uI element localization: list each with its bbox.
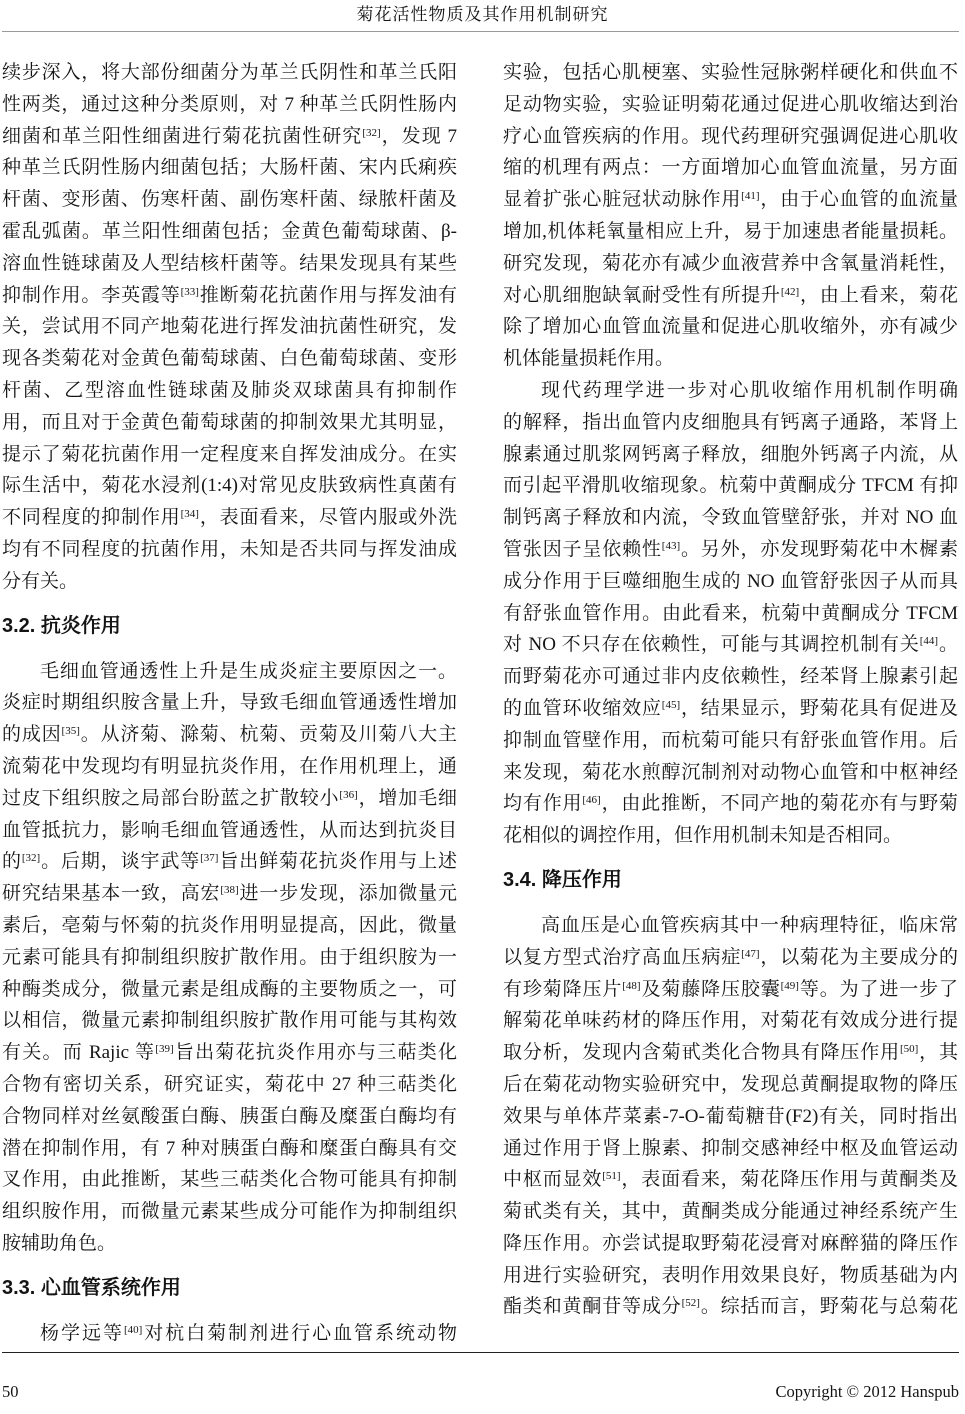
text-line: 实验，包括心肌梗塞、实验性冠脉粥样硬化和供血不 bbox=[503, 57, 958, 89]
text-line: 素后，亳菊与怀菊的抗炎作用明显提高，因此，微量 bbox=[2, 910, 457, 942]
text-line: 杆菌、变形菌、伤寒杆菌、副伤寒杆菌、绿脓杆菌及 bbox=[2, 184, 457, 216]
copyright-text: Copyright © 2012 Hanspub bbox=[776, 1380, 960, 1404]
page-number: 50 bbox=[2, 1380, 19, 1404]
citation-ref: [44] bbox=[920, 635, 938, 647]
citation-ref: [37] bbox=[200, 852, 218, 864]
citation-ref: [38] bbox=[220, 884, 238, 896]
text-line: 管张因子呈依赖性[43]。另外，亦发现野菊花中木樨素 bbox=[503, 534, 958, 566]
text-line: 际生活中，菊花水浸剂(1:4)对常见皮肤致病性真菌有 bbox=[2, 470, 457, 502]
section-heading: 3.2. 抗炎作用 bbox=[2, 612, 457, 640]
text-line: 续步深入，将大部份细菌分为革兰氏阴性和革兰氏阳 bbox=[2, 57, 457, 89]
text-line: 组织胺作用，而微量元素某些成分可能作为抑制组织 bbox=[2, 1196, 457, 1228]
text-line: 有舒张血管作用。由此看来，杭菊中黄酮成分 TFCM bbox=[503, 598, 958, 630]
text-line: 以复方型式治疗高血压病症[47]，以菊花为主要成分的 bbox=[503, 942, 958, 974]
text-line: 腺素通过肌浆网钙离子释放，细胞外钙离子内流，从 bbox=[503, 439, 958, 471]
text-line: 花相似的调控作用，但作用机制未知是否相同。 bbox=[503, 820, 958, 852]
paragraph: 实验，包括心肌梗塞、实验性冠脉粥样硬化和供血不足动物实验，实验证明菊花通过促进心… bbox=[503, 57, 958, 375]
text-line: 炎症时期组织胺含量上升，导致毛细血管通透性增加 bbox=[2, 687, 457, 719]
text-line: 成分作用于巨噬细胞生成的 NO 血管舒张因子从而具 bbox=[503, 566, 958, 598]
citation-ref: [32] bbox=[22, 852, 40, 864]
paragraph: 高血压是心血管疾病其中一种病理特征，临床常以复方型式治疗高血压病症[47]，以菊… bbox=[503, 910, 958, 1323]
citation-ref: [46] bbox=[582, 794, 600, 806]
text-line: 过皮下组织胺之局部台盼蓝之扩散较小[36]，增加毛细 bbox=[2, 783, 457, 815]
citation-ref: [47] bbox=[741, 948, 759, 960]
text-line: 提示了菊花抗菌作用一定程度来自挥发油成分。在实 bbox=[2, 439, 457, 471]
right-column: 实验，包括心肌梗塞、实验性冠脉粥样硬化和供血不足动物实验，实验证明菊花通过促进心… bbox=[503, 57, 958, 1349]
citation-ref: [33] bbox=[181, 286, 199, 298]
text-line: 研究发现，菊花亦有减少血液营养中含氧量消耗性， bbox=[503, 248, 958, 280]
text-line: 叉作用，由此推断，某些三萜类化合物可能具有抑制 bbox=[2, 1164, 457, 1196]
left-column: 续步深入，将大部份细菌分为革兰氏阴性和革兰氏阳性两类，通过这种分类原则，对 7 … bbox=[2, 57, 457, 1349]
text-line: 增加,机体耗氧量相应上升，易于加速患者能量损耗。 bbox=[503, 216, 958, 248]
citation-ref: [35] bbox=[62, 725, 80, 737]
two-column-body: 续步深入，将大部份细菌分为革兰氏阴性和革兰氏阳性两类，通过这种分类原则，对 7 … bbox=[2, 57, 959, 1349]
citation-ref: [45] bbox=[662, 699, 680, 711]
text-line: 的成因[35]。从济菊、滁菊、杭菊、贡菊及川菊八大主 bbox=[2, 719, 457, 751]
text-line: 显着扩张心脏冠状动脉作用[41]，由于心血管的血流量 bbox=[503, 184, 958, 216]
text-line: 分有关。 bbox=[2, 566, 457, 598]
citation-ref: [50] bbox=[900, 1043, 918, 1055]
paragraph: 毛细血管通透性上升是生成炎症主要原因之一。炎症时期组织胺含量上升，导致毛细血管通… bbox=[2, 656, 457, 1260]
page-title: 菊花活性物质及其作用机制研究 bbox=[0, 2, 965, 28]
text-line: 效果与单体芹菜素-7-O-葡萄糖苷(F2)有关，同时指出 bbox=[503, 1101, 958, 1133]
text-line: 除了增加心血管血流量和促进心肌收缩外，亦有减少 bbox=[503, 311, 958, 343]
paragraph: 现代药理学进一步对心肌收缩作用机制作明确的解释，指出血管内皮细胞具有钙离子通路，… bbox=[503, 375, 958, 852]
text-line: 关，尝试用不同产地菊花进行挥发油抗菌性研究，发 bbox=[2, 311, 457, 343]
section-heading: 3.4. 降压作用 bbox=[503, 866, 958, 894]
text-line: 足动物实验，实验证明菊花通过促进心肌收缩达到治 bbox=[503, 89, 958, 121]
text-line: 取分析，发现内含菊甙类化合物具有降压作用[50]，其 bbox=[503, 1037, 958, 1069]
page-footer: 50 Copyright © 2012 Hanspub bbox=[2, 1380, 959, 1404]
text-line: 潜在抑制作用，有 7 种对胰蛋白酶和糜蛋白酶具有交 bbox=[2, 1133, 457, 1165]
text-line: 溶血性链球菌及人型结核杆菌等。结果发现具有某些 bbox=[2, 248, 457, 280]
citation-ref: [51] bbox=[602, 1170, 620, 1182]
text-line: 以相信，微量元素抑制组织胺扩散作用可能与其构效 bbox=[2, 1005, 457, 1037]
citation-ref: [42] bbox=[781, 286, 799, 298]
citation-ref: [39] bbox=[155, 1043, 173, 1055]
text-line: 不同程度的抑制作用[34]，表面看来，尽管内服或外洗 bbox=[2, 502, 457, 534]
text-line: 用，而且对于金黄色葡萄球菌的抑制效果尤其明显， bbox=[2, 407, 457, 439]
text-line: 通过作用于肾上腺素、抑制交感神经中枢及血管运动 bbox=[503, 1133, 958, 1165]
text-line: 用进行实验研究，表明作用效果良好，物质基础为内 bbox=[503, 1260, 958, 1292]
text-line: 杆菌、乙型溶血性链球菌及肺炎双球菌具有抑制作 bbox=[2, 375, 457, 407]
citation-ref: [36] bbox=[339, 789, 357, 801]
text-line: 对 NO 不只存在依赖性，可能与其调控机制有关[44]。 bbox=[503, 629, 958, 661]
text-line: 制钙离子释放和内流，令致血管壁舒张，并对 NO 血 bbox=[503, 502, 958, 534]
citation-ref: [32] bbox=[362, 127, 380, 139]
document-page: { "header": { "title": "菊花活性物质及其作用机制研究" … bbox=[0, 0, 965, 1414]
text-line: 菊甙类有关，其中，黄酮类成分能通过神经系统产生 bbox=[503, 1196, 958, 1228]
text-line: 而引起平滑肌收缩现象。杭菊中黄酮成分 TFCM 有抑 bbox=[503, 470, 958, 502]
text-line: 的血管环收缩效应[45]，结果显示，野菊花具有促进及 bbox=[503, 693, 958, 725]
text-line: 种酶类成分，微量元素是组成酶的主要物质之一，可 bbox=[2, 974, 457, 1006]
page-header: 菊花活性物质及其作用机制研究 bbox=[0, 2, 965, 28]
text-line: 性两类，通过这种分类原则，对 7 种革兰氏阴性肠内 bbox=[2, 89, 457, 121]
citation-ref: [48] bbox=[622, 980, 640, 992]
text-line: 对心肌细胞缺氧耐受性有所提升[42]，由上看来，菊花 bbox=[503, 280, 958, 312]
text-line: 解菊花单味药材的降压作用，对菊花有效成分进行提 bbox=[503, 1005, 958, 1037]
text-line: 毛细血管通透性上升是生成炎症主要原因之一。 bbox=[2, 656, 457, 688]
text-line: 血管抵抗力，影响毛细血管通透性，从而达到抗炎目 bbox=[2, 815, 457, 847]
text-line: 细菌和革兰阳性细菌进行菊花抗菌性研究[32]，发现 7 bbox=[2, 121, 457, 153]
text-line: 缩的机理有两点：一方面增加心血管血流量，另方面 bbox=[503, 152, 958, 184]
text-line: 机体能量损耗作用。 bbox=[503, 343, 958, 375]
paragraph: 杨学远等[40]对杭白菊制剂进行心血管系统动物 bbox=[2, 1318, 457, 1350]
text-line: 种革兰氏阴性肠内细菌包括；大肠杆菌、宋内氏痢疾 bbox=[2, 152, 457, 184]
text-line: 有珍菊降压片[48]及菊藤降压胶囊[49]等。为了进一步了 bbox=[503, 974, 958, 1006]
text-line: 后在菊花动物实验研究中，发现总黄酮提取物的降压 bbox=[503, 1069, 958, 1101]
text-line: 元素可能具有抑制组织胺扩散作用。由于组织胺为一 bbox=[2, 942, 457, 974]
paragraph: 续步深入，将大部份细菌分为革兰氏阴性和革兰氏阳性两类，通过这种分类原则，对 7 … bbox=[2, 57, 457, 598]
citation-ref: [52] bbox=[682, 1297, 700, 1309]
text-line: 的解释，指出血管内皮细胞具有钙离子通路，苯肾上 bbox=[503, 407, 958, 439]
text-line: 霍乱弧菌。革兰阳性细菌包括；金黄色葡萄球菌、β- bbox=[2, 216, 457, 248]
citation-ref: [43] bbox=[662, 540, 680, 552]
citation-ref: [34] bbox=[181, 508, 199, 520]
text-line: 胺辅助角色。 bbox=[2, 1228, 457, 1260]
text-line: 的[32]。后期，谈宇武等[37]旨出鲜菊花抗炎作用与上述 bbox=[2, 846, 457, 878]
text-line: 疗心血管疾病的作用。现代药理研究强调促进心肌收 bbox=[503, 121, 958, 153]
text-line: 抑制作用。李英霞等[33]推断菊花抗菌作用与挥发油有 bbox=[2, 280, 457, 312]
text-line: 有关。而 Rajic 等[39]旨出菊花抗炎作用亦与三萜类化 bbox=[2, 1037, 457, 1069]
footer-rule bbox=[2, 1352, 959, 1353]
text-line: 来发现，菊花水煎醇沉制剂对动物心血管和中枢神经 bbox=[503, 757, 958, 789]
text-line: 中枢而显效[51]，表面看来，菊花降压作用与黄酮类及 bbox=[503, 1164, 958, 1196]
citation-ref: [49] bbox=[781, 980, 799, 992]
text-line: 现各类菊花对金黄色葡萄球菌、白色葡萄球菌、变形 bbox=[2, 343, 457, 375]
text-line: 研究结果基本一致，高宏[38]进一步发现，添加微量元 bbox=[2, 878, 457, 910]
text-line: 而野菊花亦可通过非内皮依赖性，经苯肾上腺素引起 bbox=[503, 661, 958, 693]
citation-ref: [41] bbox=[741, 190, 759, 202]
text-line: 抑制血管壁作用，而杭菊可能只有舒张血管作用。后 bbox=[503, 725, 958, 757]
text-line: 均有作用[46]，由此推断，不同产地的菊花亦有与野菊 bbox=[503, 788, 958, 820]
text-line: 流菊花中发现均有明显抗炎作用，在作用机理上，通 bbox=[2, 751, 457, 783]
text-line: 酯类和黄酮苷等成分[52]。综括而言，野菊花与总菊花 bbox=[503, 1291, 958, 1323]
citation-ref: [40] bbox=[124, 1324, 142, 1336]
header-rule bbox=[2, 31, 959, 32]
text-line: 合物同样对丝氨酸蛋白酶、胰蛋白酶及糜蛋白酶均有 bbox=[2, 1101, 457, 1133]
text-line: 均有不同程度的抗菌作用，未知是否共同与挥发油成 bbox=[2, 534, 457, 566]
section-heading: 3.3. 心血管系统作用 bbox=[2, 1274, 457, 1302]
text-line: 杨学远等[40]对杭白菊制剂进行心血管系统动物 bbox=[2, 1318, 457, 1350]
text-line: 降压作用。亦尝试提取野菊花浸膏对麻醉猫的降压作 bbox=[503, 1228, 958, 1260]
text-line: 现代药理学进一步对心肌收缩作用机制作明确 bbox=[503, 375, 958, 407]
text-line: 高血压是心血管疾病其中一种病理特征，临床常 bbox=[503, 910, 958, 942]
text-line: 合物有密切关系，研究证实，菊花中 27 种三萜类化 bbox=[2, 1069, 457, 1101]
